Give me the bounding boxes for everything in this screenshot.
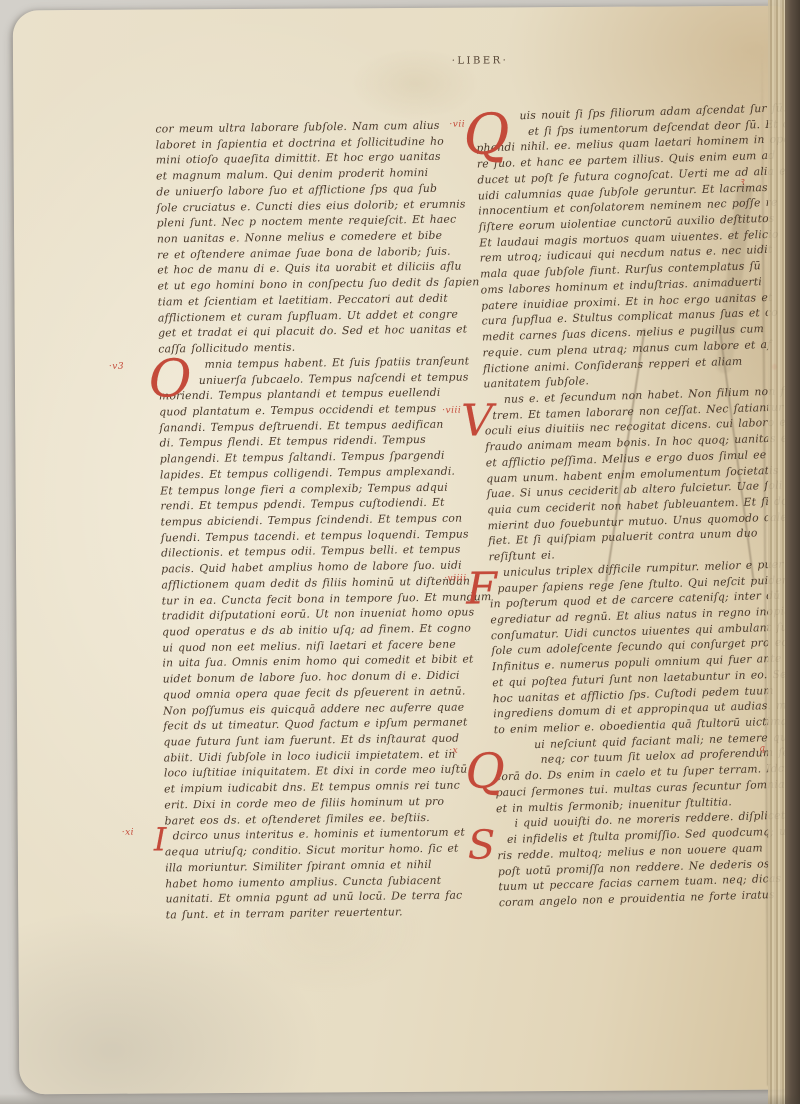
rubric-initial: Q	[463, 107, 509, 163]
text-column-right: uis nouit ſi ſps filiorum adam aſcendat …	[475, 101, 799, 911]
capitulum-number: ·viiii	[444, 574, 467, 584]
book-edge	[785, 0, 800, 1104]
rubric-initial: O	[149, 353, 192, 405]
manuscript-page: ·LIBER· cor meum ultra laborare ſubſole.…	[13, 6, 792, 1095]
text-column-left: cor meum ultra laborare ſubſole. Nam cum…	[155, 118, 469, 924]
page-shadow	[0, 1094, 800, 1104]
capitulum-number: ·x	[449, 746, 458, 756]
capitulum-number: q	[759, 744, 765, 754]
capitulum-number: ꝛ	[740, 174, 745, 187]
capitulum-number: ·xi	[122, 828, 134, 838]
rubric-initial: V	[461, 399, 493, 443]
capitulum-number: ·viii	[442, 406, 461, 416]
capitulum-number: ·vii	[449, 120, 465, 130]
text-line: ta ſunt. et in terram pariter reuertentu…	[166, 903, 470, 923]
running-title: ·LIBER·	[415, 55, 545, 67]
capitulum-number: ·v3	[109, 362, 124, 372]
rubric-initial: S	[468, 825, 496, 865]
photograph-backdrop: { "header": { "running_title": "·LIBER·"…	[0, 0, 800, 1104]
rubric-initial: F	[466, 567, 497, 611]
book-page-edges	[768, 0, 786, 1104]
rubric-initial: I	[154, 823, 167, 855]
rubric-initial: Q	[465, 747, 505, 795]
